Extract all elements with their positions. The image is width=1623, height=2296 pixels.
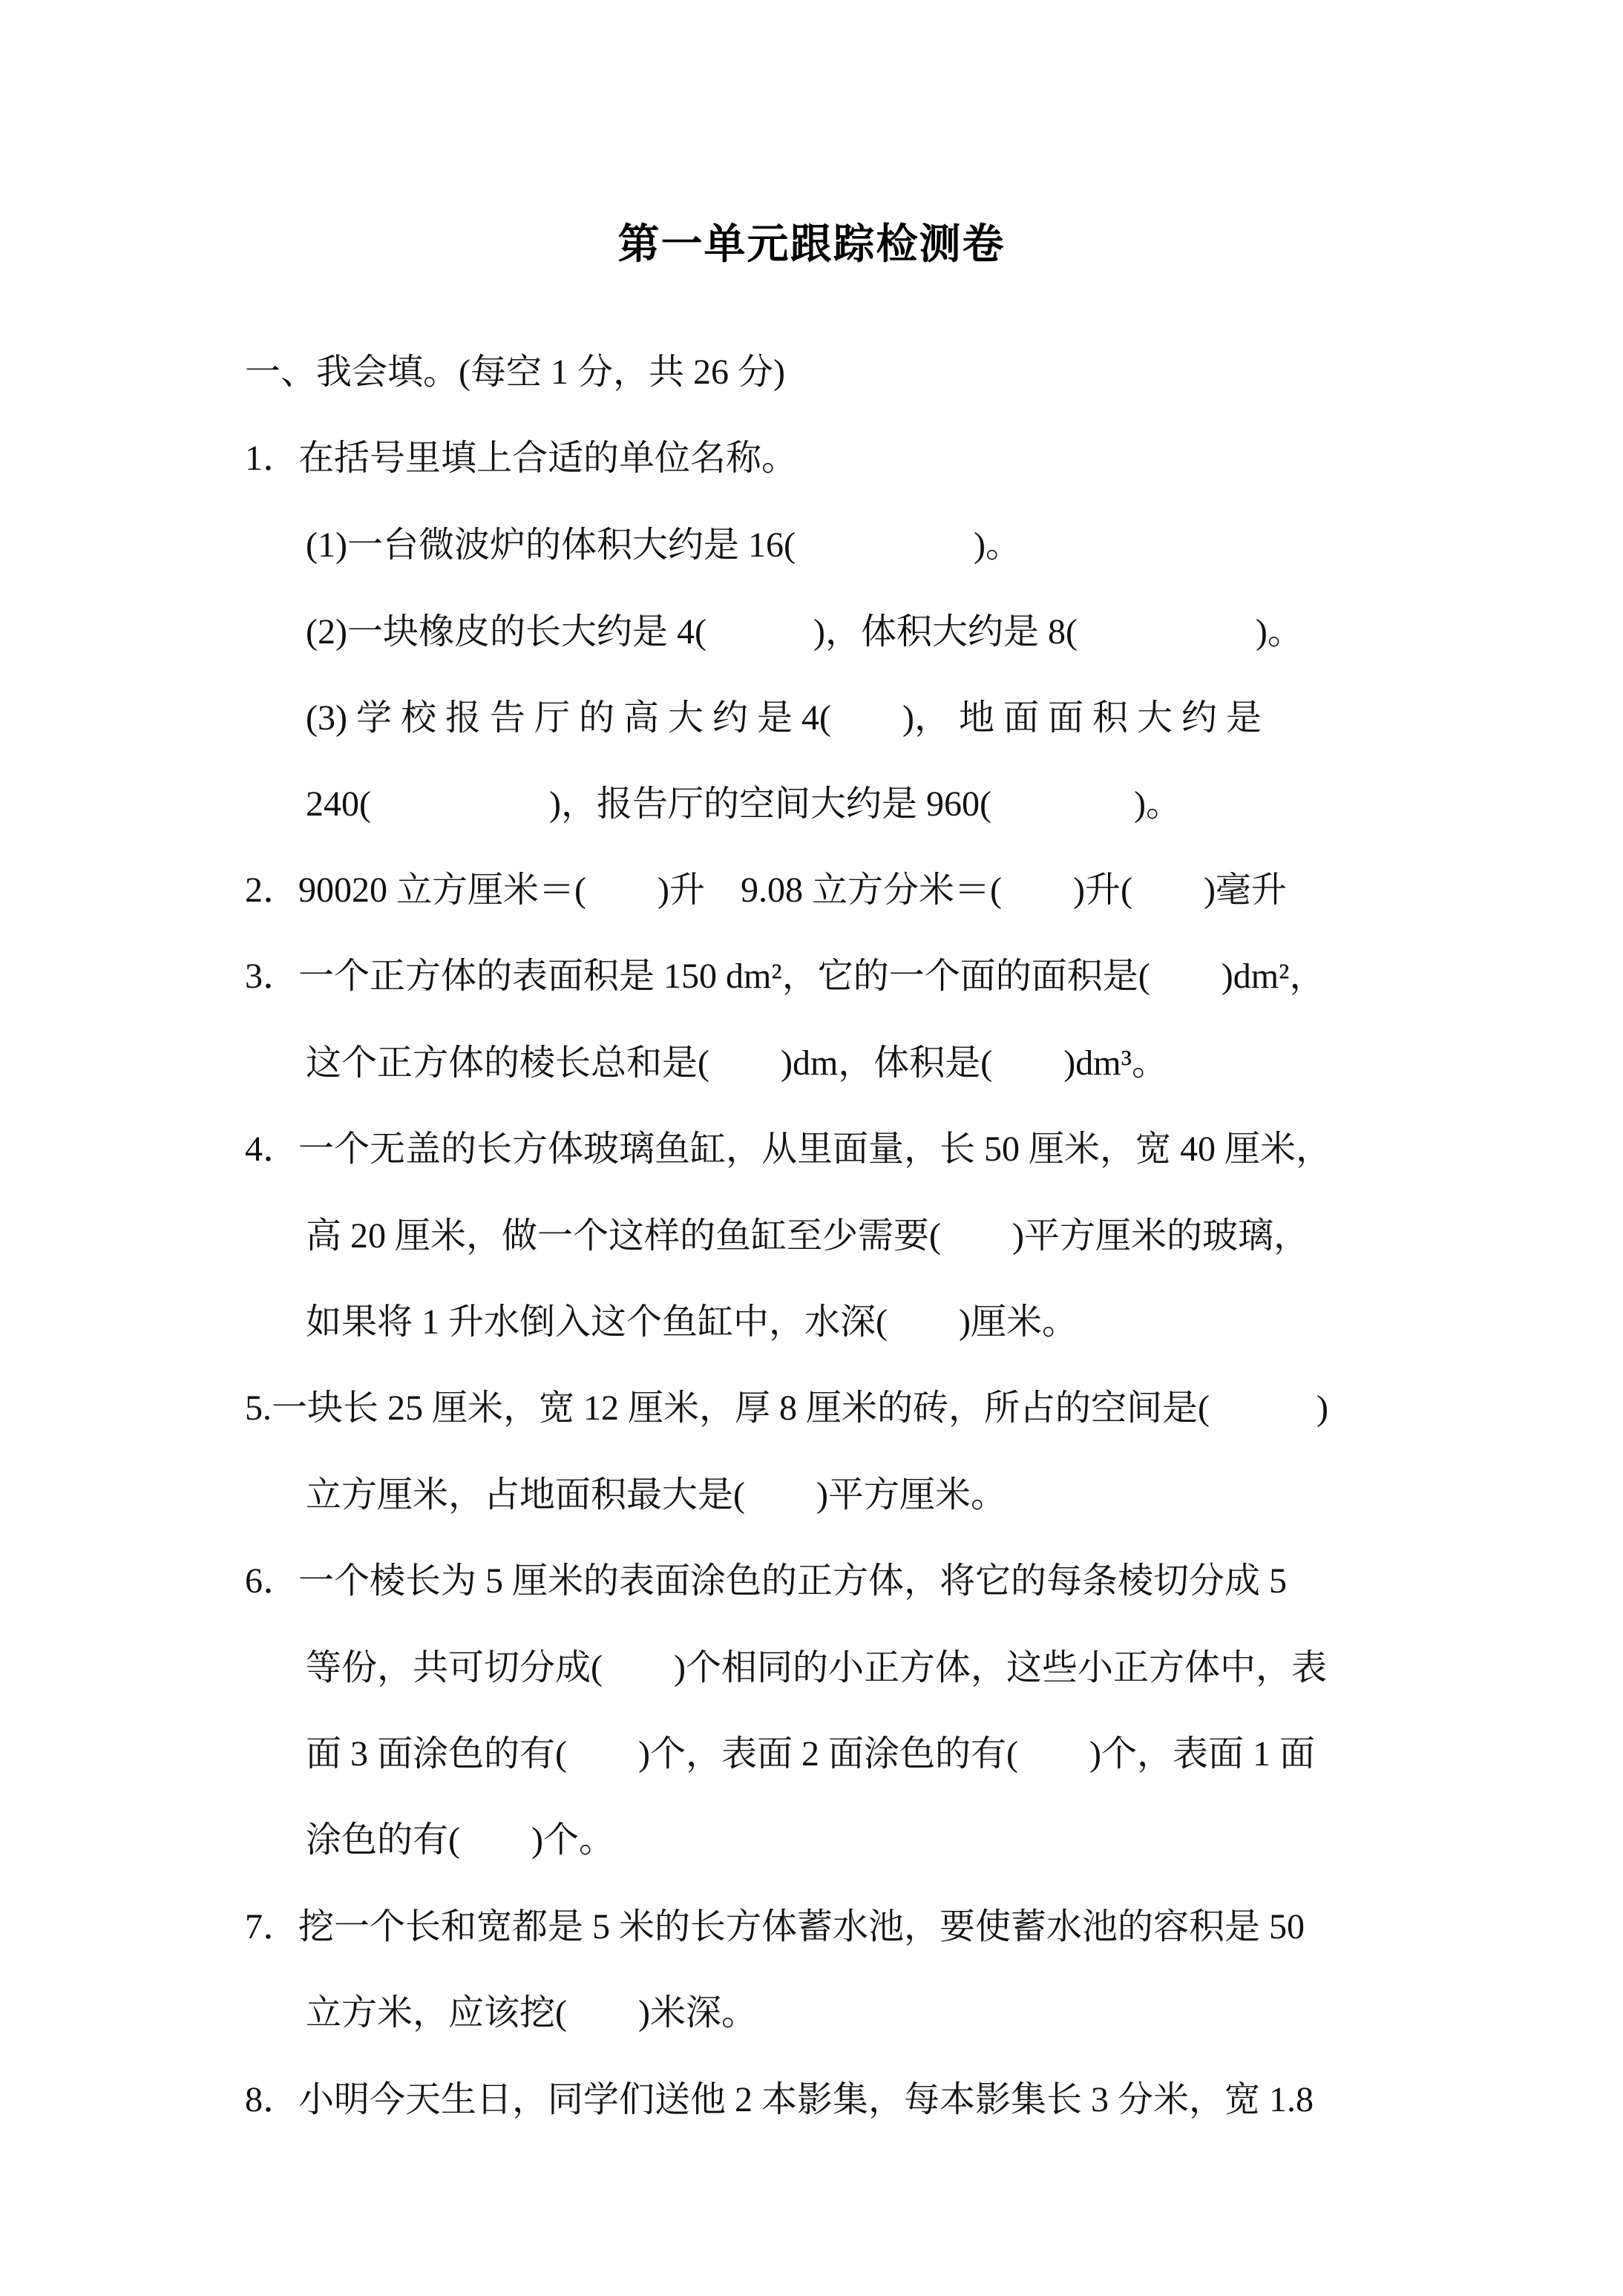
section-heading: 一、我会填。(每空 1 分，共 26 分)	[245, 350, 785, 395]
question-4-cont-1: 高 20 厘米，做一个这样的鱼缸至少需要( )平方厘米的玻璃，	[306, 1214, 1309, 1259]
question-6-cont-2: 面 3 面涂色的有( )个，表面 2 面涂色的有( )个，表面 1 面	[306, 1732, 1315, 1777]
question-8: 8．小明今天生日，同学们送他 2 本影集，每本影集长 3 分米，宽 1.8	[245, 2078, 1314, 2122]
question-text: 一块长 25 厘米，宽 12 厘米，厚 8 厘米的砖，所占的空间是( )	[272, 1388, 1328, 1428]
page-title: 第一单元跟踪检测卷	[0, 211, 1623, 271]
question-1-part-3-cont: 240( )，报告厅的空间大约是 960( )。	[306, 782, 1181, 827]
question-number: 3．	[245, 957, 298, 996]
question-7-cont: 立方米，应该挖( )米深。	[306, 1991, 757, 2036]
question-number: 7．	[245, 1907, 298, 1946]
question-3: 3．一个正方体的表面积是 150 dm²，它的一个面的面积是( )dm²，	[245, 954, 1325, 999]
question-text: 挖一个长和宽都是 5 米的长方体蓄水池，要使蓄水池的容积是 50	[298, 1907, 1305, 1946]
question-number: 5.	[245, 1388, 272, 1428]
question-text: 一个无盖的长方体玻璃鱼缸，从里面量，长 50 厘米，宽 40 厘米，	[298, 1129, 1331, 1169]
question-4: 4．一个无盖的长方体玻璃鱼缸，从里面量，长 50 厘米，宽 40 厘米，	[245, 1127, 1331, 1172]
question-number: 1．	[245, 439, 298, 478]
question-number: 6．	[245, 1561, 298, 1601]
question-1-part-1: (1)一台微波炉的体积大约是 16( )。	[306, 523, 1021, 568]
question-number: 8．	[245, 2080, 298, 2119]
question-3-cont: 这个正方体的棱长总和是( )dm，体积是( )dm³。	[306, 1041, 1167, 1086]
question-5-cont: 立方厘米，占地面积最大是( )平方厘米。	[306, 1473, 1006, 1518]
question-text: 90020 立方厘米＝( )升 9.08 立方分米＝( )升( )毫升	[298, 870, 1287, 910]
question-text: 小明今天生日，同学们送他 2 本影集，每本影集长 3 分米，宽 1.8	[298, 2080, 1314, 2119]
question-5: 5.一块长 25 厘米，宽 12 厘米，厚 8 厘米的砖，所占的空间是( )	[245, 1386, 1328, 1431]
test-paper-page: 第一单元跟踪检测卷 一、我会填。(每空 1 分，共 26 分) 1．在括号里填上…	[0, 0, 1623, 2296]
question-4-cont-2: 如果将 1 升水倒入这个鱼缸中，水深( )厘米。	[306, 1300, 1078, 1345]
question-2: 2．90020 立方厘米＝( )升 9.08 立方分米＝( )升( )毫升	[245, 868, 1287, 913]
question-6-cont-1: 等份，共可切分成( )个相同的小正方体，这些小正方体中，表	[306, 1646, 1327, 1690]
question-text: 一个正方体的表面积是 150 dm²，它的一个面的面积是( )dm²，	[298, 957, 1325, 996]
question-7: 7．挖一个长和宽都是 5 米的长方体蓄水池，要使蓄水池的容积是 50	[245, 1905, 1305, 1949]
question-number: 4．	[245, 1129, 298, 1169]
question-6-cont-3: 涂色的有( )个。	[306, 1818, 614, 1863]
question-1: 1．在括号里填上合适的单位名称。	[245, 436, 797, 481]
question-number: 2．	[245, 870, 298, 910]
question-1-part-3: (3) 学 校 报 告 厅 的 高 大 约 是 4( )， 地 面 面 积 大 …	[306, 696, 1262, 741]
question-text: 在括号里填上合适的单位名称。	[298, 439, 797, 478]
question-text: 一个棱长为 5 厘米的表面涂色的正方体，将它的每条棱切分成 5	[298, 1561, 1287, 1601]
question-6: 6．一个棱长为 5 厘米的表面涂色的正方体，将它的每条棱切分成 5	[245, 1559, 1287, 1604]
question-1-part-2: (2)一块橡皮的长大约是 4( )，体积大约是 8( )。	[306, 610, 1303, 655]
